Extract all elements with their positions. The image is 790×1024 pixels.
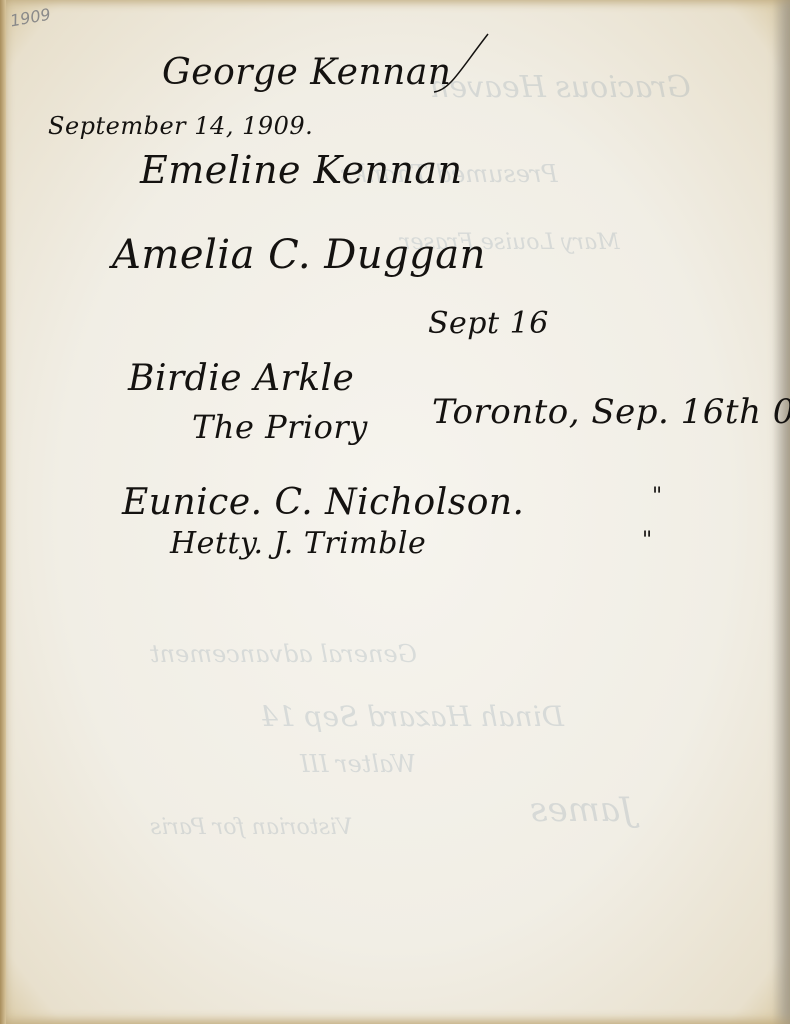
- signature-the-priory: The Priory: [192, 408, 368, 446]
- signature-hetty-trimble: Hetty. J. Trimble: [170, 526, 426, 561]
- page-left-edge: [0, 0, 6, 1024]
- date-george-kennan: September 14, 1909.: [48, 112, 313, 140]
- show-through-text: Vistorian for Paris: [150, 815, 352, 840]
- show-through-text: Dinah Hazard Sep 14: [260, 700, 564, 733]
- signature-eunice-nicholson: Eunice. C. Nicholson.: [122, 482, 525, 523]
- location-date-birdie-arkle: Toronto, Sep. 16th 09: [432, 392, 790, 432]
- signature-amelia-duggan: Amelia C. Duggan: [112, 232, 486, 278]
- album-page: Gracious Heaven Presumed Thanks Mary Lou…: [0, 0, 790, 1024]
- show-through-text: Walter III: [300, 750, 416, 778]
- signature-emeline-kennan: Emeline Kennan: [140, 148, 463, 192]
- signature-george-kennan: George Kennan: [162, 52, 452, 93]
- pencil-year-note: 1909: [9, 5, 52, 31]
- signature-flourish: [430, 30, 490, 100]
- page-right-shadow: [772, 0, 790, 1024]
- ditto-mark: ": [642, 528, 653, 553]
- show-through-text: General advancement: [150, 640, 417, 668]
- show-through-text: James: [530, 790, 634, 830]
- signature-birdie-arkle: Birdie Arkle: [128, 358, 354, 399]
- ditto-mark: ": [652, 484, 663, 509]
- date-amelia-duggan: Sept 16: [428, 306, 549, 341]
